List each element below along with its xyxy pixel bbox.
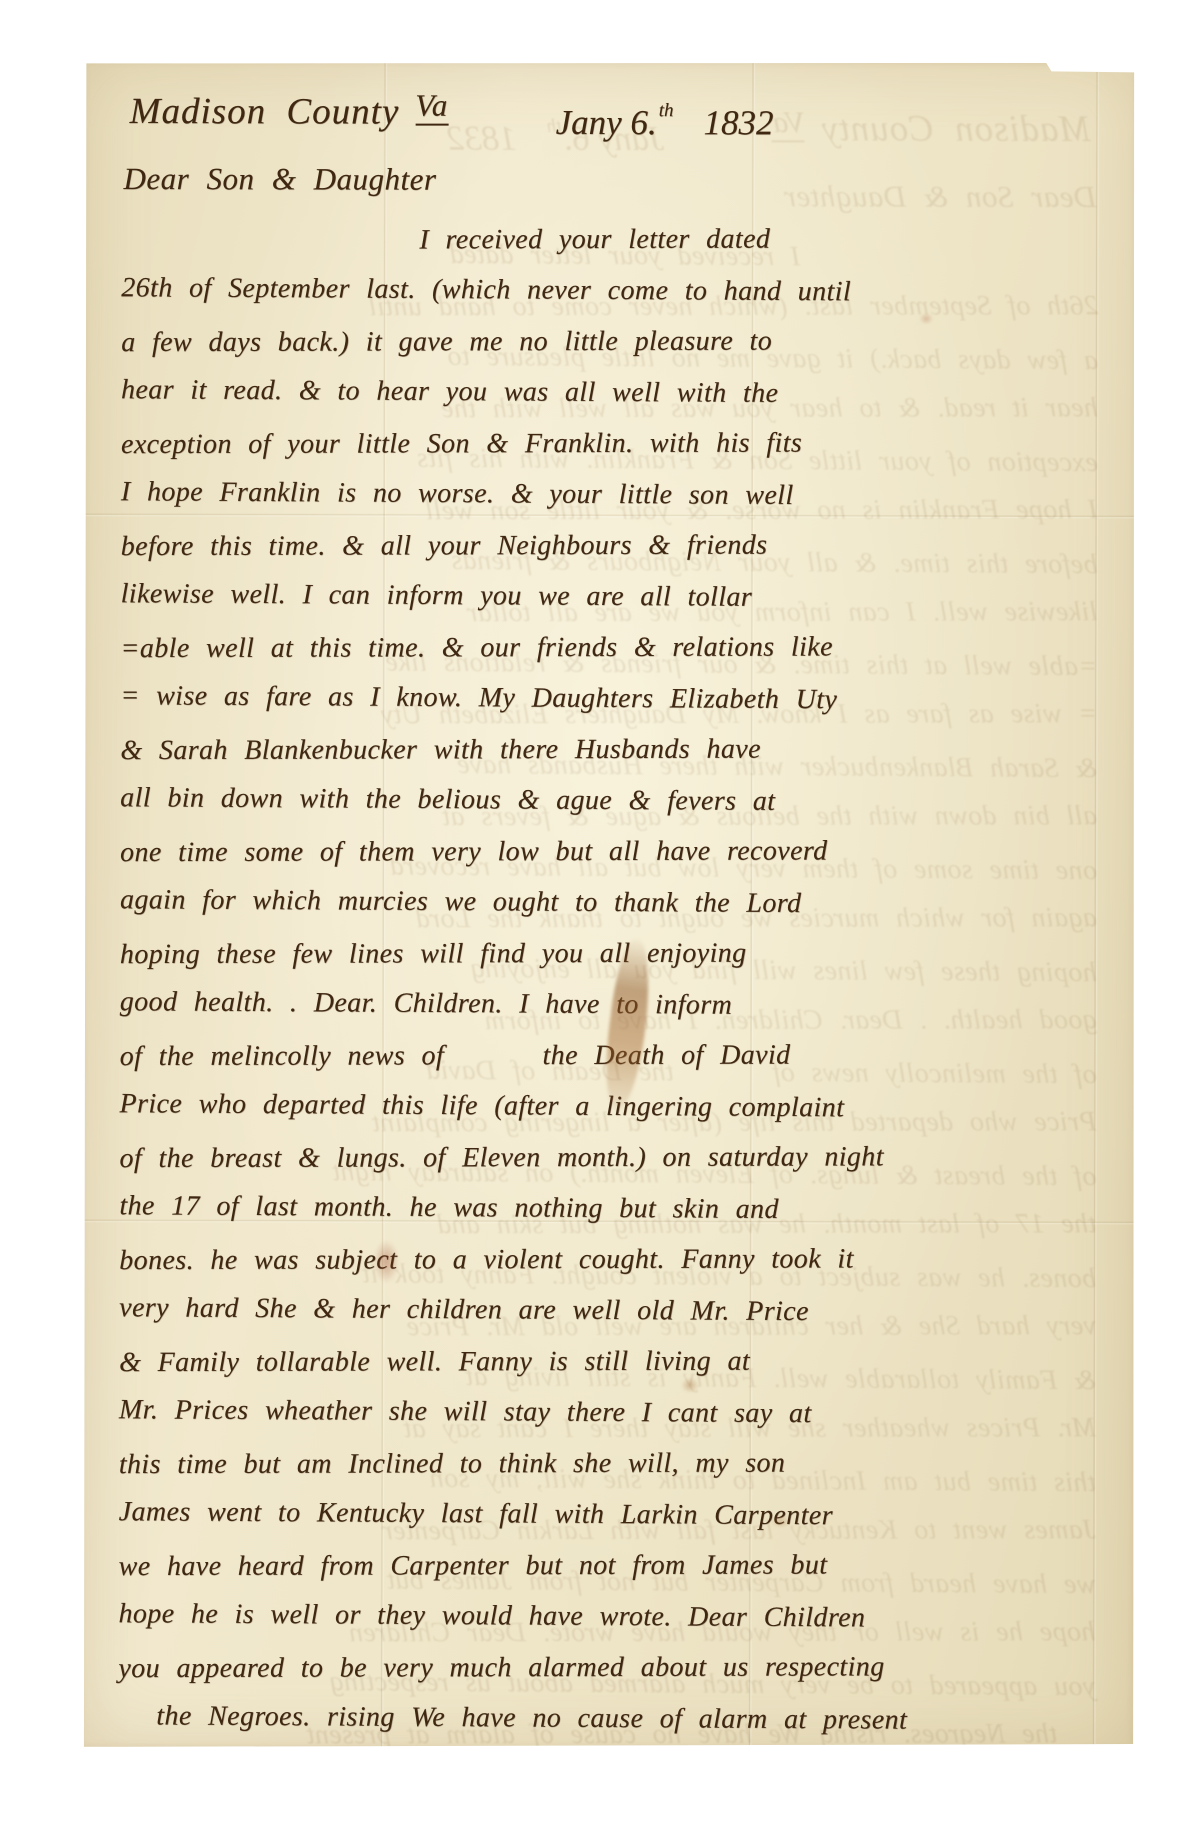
place-line: Madison CountyVa	[130, 87, 449, 134]
letter-line: & Sarah Blankenbucker with there Husband…	[120, 723, 1099, 776]
letter-line: Mr. Prices wheather she will stay there …	[119, 1384, 1098, 1440]
letter-line: hope he is well or they would have wrote…	[118, 1588, 1097, 1644]
letter-line: of the melincolly news of the Death of D…	[120, 1029, 1099, 1082]
place-main: Madison County	[130, 91, 400, 133]
letter-line: & Family tollarable well. Fanny is still…	[119, 1335, 1098, 1388]
letter-line: good health. . Dear. Children. I have to…	[120, 976, 1099, 1032]
ink-layer: Madison CountyVa Jany 6.th1832 Dear Son …	[80, 61, 1137, 1749]
letter-line: I received your letter dated	[121, 213, 1100, 266]
place-suffix: Va	[415, 88, 448, 126]
letter-line: all bin down with the belious & ague & f…	[120, 772, 1099, 828]
letter-line: of the breast & lungs. of Eleven month.)…	[119, 1131, 1098, 1184]
letter-line: the Negroes. rising We have no cause of …	[118, 1690, 1097, 1746]
letter-line: very hard She & her children are well ol…	[119, 1282, 1098, 1338]
photo-background: Madison CountyVa Jany 6.th1832 Dear Son …	[0, 0, 1200, 1835]
letter-header: Madison CountyVa Jany 6.th1832	[84, 83, 1137, 155]
date-superscript: th	[659, 100, 674, 121]
letter-line: a few days back.) it gave me no little p…	[121, 315, 1100, 368]
letter-line: the 17 of last month. he was nothing but…	[119, 1180, 1098, 1236]
salutation: Dear Son & Daughter	[123, 161, 436, 198]
letter-line: I hope Franklin is no worse. & your litt…	[121, 466, 1100, 522]
letter-line: one time some of them very low but all h…	[120, 825, 1099, 878]
letter-body: I received your letter dated26th of Sept…	[118, 213, 1100, 1745]
letter-line: James went to Kentucky last fall with La…	[119, 1486, 1098, 1542]
letter-line: before this time. & all your Neighbours …	[121, 519, 1100, 572]
letter-line: again for which murcies we ought to than…	[120, 874, 1099, 930]
letter-line: this time but am Inclined to think she w…	[119, 1437, 1098, 1490]
date-day: Jany 6.	[556, 103, 657, 142]
letter-line: exception of your little Son & Franklin.…	[121, 417, 1100, 470]
letter-line: hoping these few lines will find you all…	[120, 927, 1099, 980]
letter-line: you appeared to be very much alarmed abo…	[118, 1641, 1097, 1694]
letter-line: 26th of September last. (which never com…	[121, 262, 1100, 318]
letter-line: bones. he was subject to a violent cough…	[119, 1233, 1098, 1286]
date-line: Jany 6.th1832	[556, 100, 774, 143]
letter-line: =able well at this time. & our friends &…	[120, 621, 1099, 674]
date-year: 1832	[703, 103, 773, 142]
letter-line: hear it read. & to hear you was all well…	[121, 364, 1100, 420]
letter-line: likewise well. I can inform you we are a…	[121, 568, 1100, 624]
letter-line: Price who departed this life (after a li…	[119, 1078, 1098, 1134]
letter-line: we have heard from Carpenter but not fro…	[119, 1539, 1098, 1592]
letter-paper: Madison CountyVa Jany 6.th1832 Dear Son …	[80, 61, 1137, 1749]
letter-line: = wise as fare as I know. My Daughters E…	[120, 670, 1099, 726]
